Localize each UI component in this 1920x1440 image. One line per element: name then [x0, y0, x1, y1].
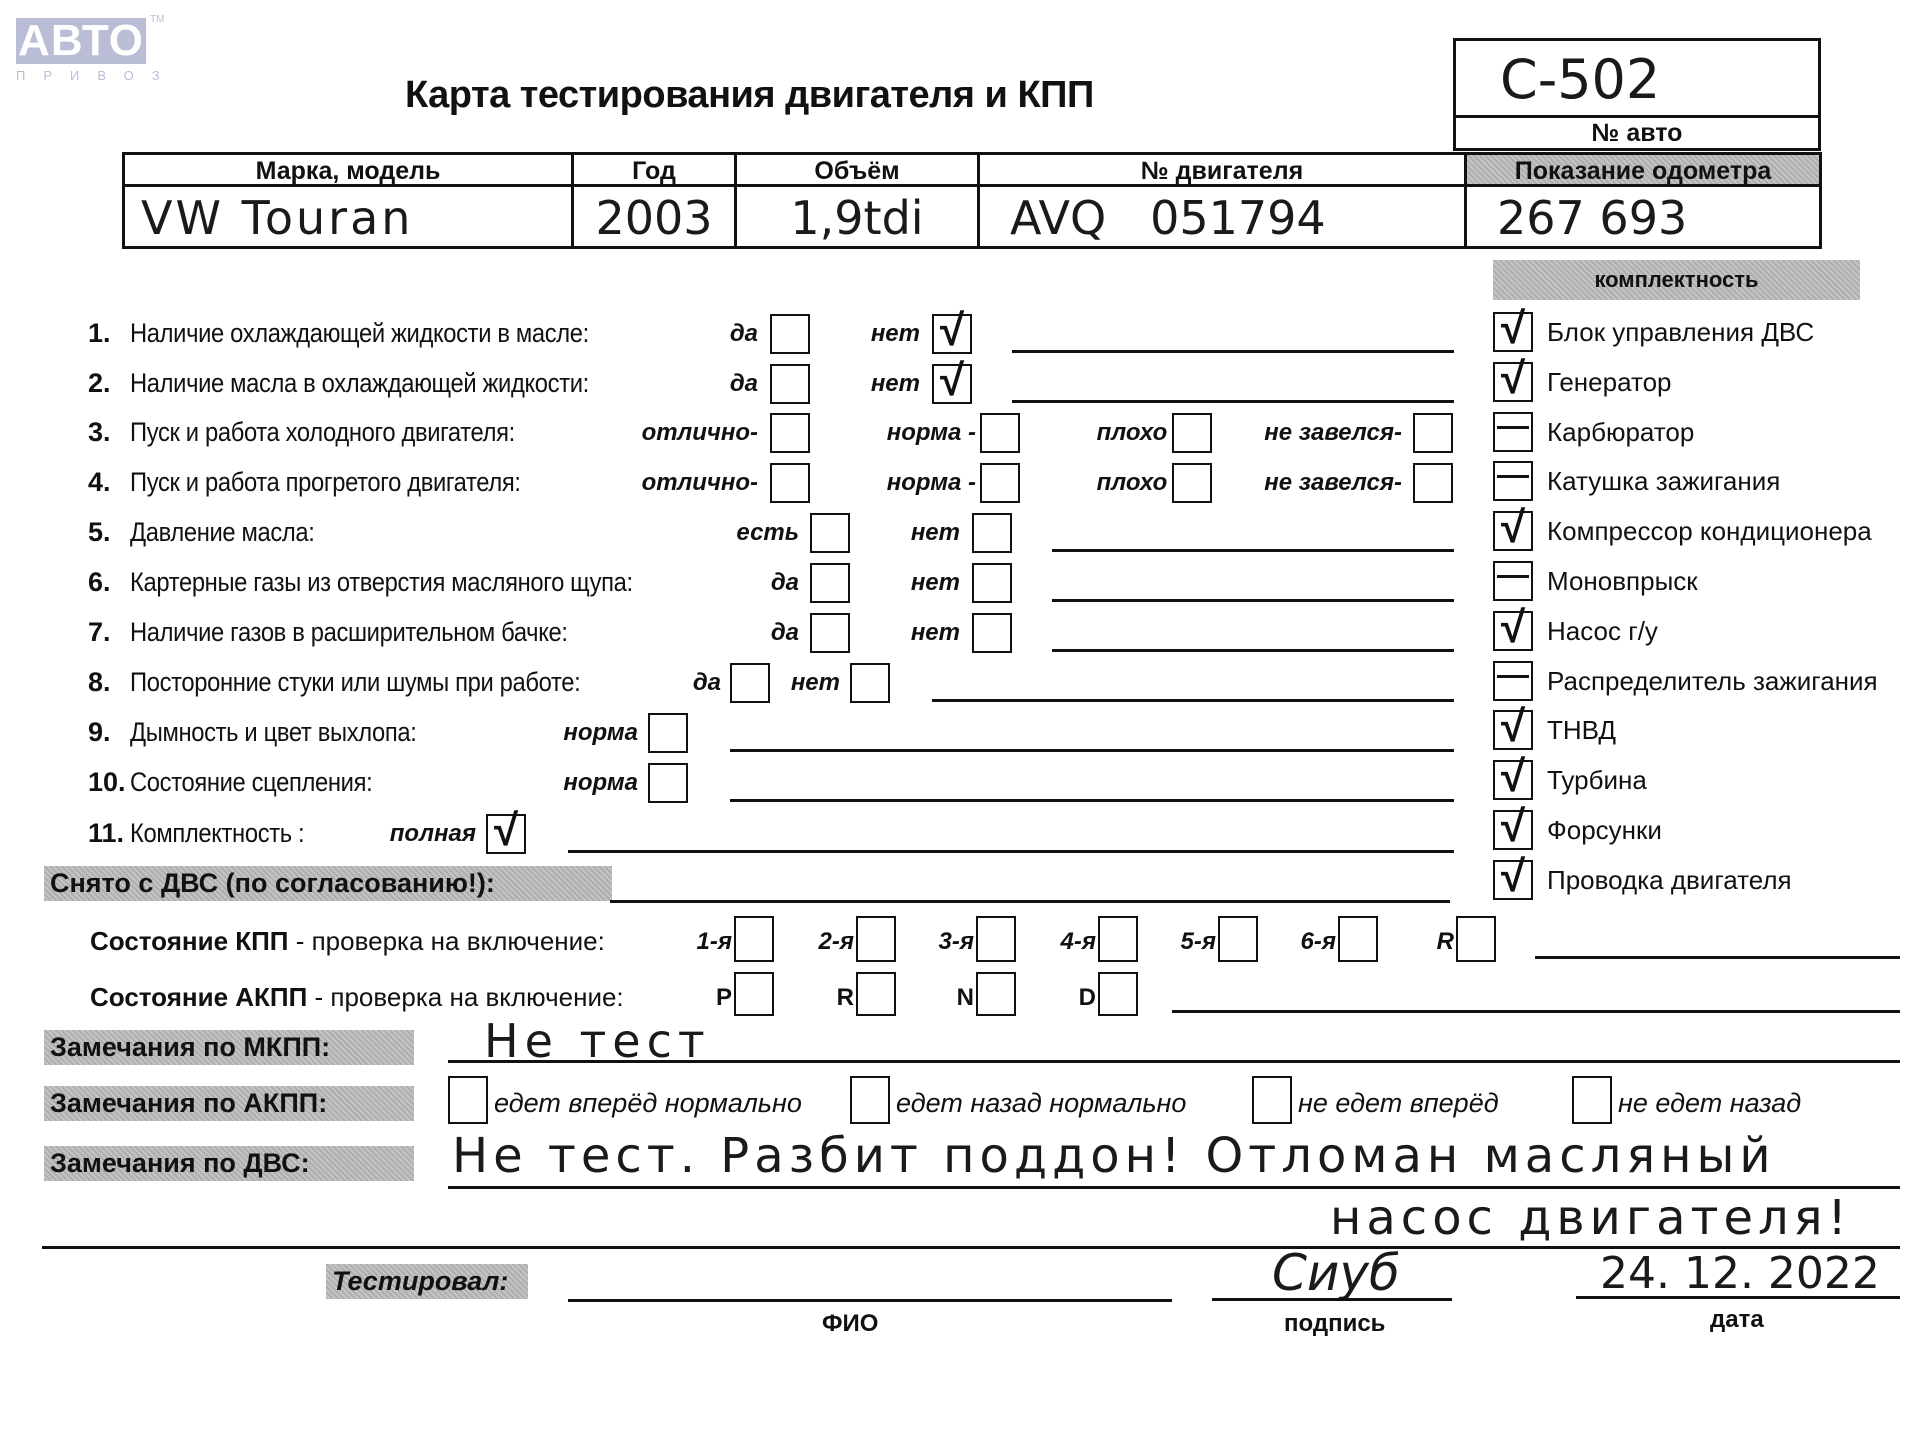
option-checkbox[interactable] [972, 513, 1012, 553]
akpp-gear-label: R [837, 984, 854, 1012]
option-checkbox[interactable] [810, 513, 850, 553]
question-text: Давление масла: [130, 517, 315, 548]
option-label: плохо - [1097, 419, 1182, 447]
option-label: отлично- [642, 469, 758, 497]
kpp-gear-label: R [1437, 928, 1454, 956]
option-checkbox[interactable] [730, 663, 770, 703]
remarks-mkpp-line [448, 1060, 1900, 1063]
option-label: норма - [887, 419, 976, 447]
make-model-value[interactable]: VW Touran [125, 187, 571, 245]
kpp-gear-checkbox[interactable] [734, 916, 774, 962]
year-label: Год [574, 155, 734, 187]
odometer-label: Показание одометра [1467, 155, 1819, 187]
completeness-item-label: Насос г/у [1547, 616, 1658, 647]
question-number: 2. [88, 368, 111, 399]
option-label: плохо - [1097, 469, 1182, 497]
option-label: да [730, 320, 758, 348]
question-text: Дымность и цвет выхлопа: [130, 717, 416, 748]
kpp-gear-label: 5-я [1181, 928, 1216, 956]
option-checkbox[interactable] [932, 314, 972, 354]
question-number: 8. [88, 667, 111, 698]
option-label: да [771, 569, 799, 597]
akpp-remark-label: не едет назад [1618, 1088, 1801, 1119]
removed-label: Снято с ДВС (по согласованию!): [44, 866, 612, 901]
question-text: Состояние сцепления: [130, 767, 372, 798]
question-notes-line[interactable] [1052, 549, 1454, 552]
col-volume: Объём 1,9tdi [734, 155, 977, 246]
make-model-label: Марка, модель [125, 155, 571, 187]
completeness-item-label: Распределитель зажигания [1547, 666, 1878, 697]
option-checkbox[interactable] [980, 413, 1020, 453]
question-text: Наличие газов в расширительном бачке: [130, 617, 568, 648]
option-checkbox[interactable] [810, 613, 850, 653]
kpp-gear-checkbox[interactable] [976, 916, 1016, 962]
question-notes-line[interactable] [1012, 350, 1454, 353]
kpp-gear-label: 2-я [819, 928, 854, 956]
question-text: Посторонние стуки или шумы при работе: [130, 667, 580, 698]
akpp-remark-checkbox[interactable] [1252, 1076, 1292, 1124]
option-checkbox[interactable] [972, 563, 1012, 603]
remarks-dvs-line-1 [448, 1186, 1900, 1189]
option-label: да [771, 619, 799, 647]
kpp-gear-label: 3-я [939, 928, 974, 956]
question-text: Наличие масла в охлаждающей жидкости: [130, 368, 589, 399]
remarks-dvs-label: Замечания по ДВС: [44, 1146, 414, 1181]
remarks-mkpp-label: Замечания по МКПП: [44, 1030, 414, 1065]
option-label: есть [736, 519, 799, 547]
year-value[interactable]: 2003 [574, 187, 734, 245]
kpp-line[interactable] [1535, 956, 1900, 959]
car-number-label: № авто [1592, 119, 1683, 147]
completeness-item-label: Турбина [1547, 765, 1647, 796]
option-label: нет [871, 320, 920, 348]
question-number: 7. [88, 617, 111, 648]
completeness-checkbox[interactable] [1493, 860, 1533, 900]
akpp-remark-checkbox[interactable] [1572, 1076, 1612, 1124]
question-notes-line[interactable] [1052, 599, 1454, 602]
remarks-dvs-line1[interactable]: Не тест. Разбит поддон! Отломан масляный [452, 1128, 1776, 1184]
option-label: нет [791, 669, 840, 697]
option-label: норма [563, 719, 638, 747]
question-text: Пуск и работа холодного двигателя: [130, 417, 515, 448]
date-value[interactable]: 24. 12. 2022 [1600, 1248, 1880, 1299]
engine-number-label: № двигателя [980, 155, 1464, 187]
vehicle-info-table: Марка, модель VW Touran Год 2003 Объём 1… [122, 152, 1822, 249]
option-label: да [693, 669, 721, 697]
option-checkbox[interactable] [770, 314, 810, 354]
question-number: 11. [88, 818, 124, 849]
question-notes-line[interactable] [1012, 400, 1454, 403]
akpp-row-label: Состояние АКПП - проверка на включение: [90, 982, 624, 1013]
kpp-gear-checkbox[interactable] [1456, 916, 1496, 962]
option-label: нет [911, 569, 960, 597]
kpp-gear-checkbox[interactable] [1338, 916, 1378, 962]
col-odometer: Показание одометра 267 693 [1464, 155, 1819, 246]
akpp-remark-label: едет назад нормально [896, 1088, 1186, 1119]
akpp-gear-checkbox[interactable] [856, 972, 896, 1016]
completeness-checkbox[interactable] [1493, 362, 1533, 402]
completeness-header-text: комплектность [1594, 267, 1758, 292]
option-checkbox[interactable] [770, 463, 810, 503]
completeness-checkbox[interactable] [1493, 611, 1533, 651]
option-label: нет [911, 619, 960, 647]
col-make-model: Марка, модель VW Touran [125, 155, 571, 246]
completeness-checkbox[interactable] [1493, 760, 1533, 800]
completeness-item-label: Генератор [1547, 367, 1672, 398]
odometer-value[interactable]: 267 693 [1467, 187, 1819, 245]
completeness-item-label: Проводка двигателя [1547, 865, 1792, 896]
kpp-gear-label: 1-я [697, 928, 732, 956]
completeness-checkbox[interactable] [1493, 810, 1533, 850]
page-title: Карта тестирования двигателя и КПП [405, 74, 1094, 117]
option-label: не завелся- [1264, 469, 1402, 497]
signature-line [1212, 1298, 1452, 1301]
question-number: 5. [88, 517, 111, 548]
option-checkbox[interactable] [850, 663, 890, 703]
volume-label: Объём [737, 155, 977, 187]
akpp-gear-checkbox[interactable] [734, 972, 774, 1016]
tested-by-label: Тестировал: [326, 1264, 528, 1299]
option-checkbox[interactable] [810, 563, 850, 603]
option-checkbox[interactable] [486, 814, 526, 854]
question-text: Пуск и работа прогретого двигателя: [130, 467, 521, 498]
option-checkbox[interactable] [1172, 463, 1212, 503]
option-checkbox[interactable] [1413, 413, 1453, 453]
akpp-gear-checkbox[interactable] [976, 972, 1016, 1016]
completeness-checkbox[interactable] [1493, 461, 1533, 501]
completeness-item-label: Компрессор кондиционера [1547, 516, 1872, 547]
kpp-label-bold: Состояние КПП [90, 926, 289, 956]
completeness-item-label: Моновпрыск [1547, 566, 1698, 597]
completeness-checkbox[interactable] [1493, 710, 1533, 750]
kpp-gear-label: 4-я [1061, 928, 1096, 956]
option-checkbox[interactable] [972, 613, 1012, 653]
remarks-dvs-line2[interactable]: насос двигателя! [1330, 1190, 1852, 1246]
completeness-item-label: Форсунки [1547, 815, 1662, 846]
option-label: нет [871, 370, 920, 398]
akpp-line[interactable] [1172, 1010, 1900, 1013]
col-year: Год 2003 [571, 155, 734, 246]
question-number: 3. [88, 417, 111, 448]
option-label: полная [390, 820, 476, 848]
option-label: норма [563, 769, 638, 797]
option-label: отлично- [642, 419, 758, 447]
akpp-gear-label: D [1079, 984, 1096, 1012]
completeness-header: комплектность [1493, 260, 1860, 300]
question-number: 6. [88, 567, 111, 598]
logo-subtitle: ПРИВОЗ [16, 68, 178, 83]
question-number: 4. [88, 467, 111, 498]
option-checkbox[interactable] [648, 763, 688, 803]
question-notes-line[interactable] [730, 749, 1454, 752]
akpp-remark-checkbox[interactable] [448, 1076, 488, 1124]
option-checkbox[interactable] [932, 364, 972, 404]
akpp-remark-checkbox[interactable] [850, 1076, 890, 1124]
completeness-checkbox[interactable] [1493, 561, 1533, 601]
kpp-gear-checkbox[interactable] [856, 916, 896, 962]
kpp-gear-label: 6-я [1301, 928, 1336, 956]
option-checkbox[interactable] [980, 463, 1020, 503]
volume-value[interactable]: 1,9tdi [737, 187, 977, 245]
option-checkbox[interactable] [1413, 463, 1453, 503]
akpp-label-rest: - проверка на включение: [307, 982, 623, 1012]
kpp-row-label: Состояние КПП - проверка на включение: [90, 926, 605, 957]
signature-value[interactable]: Сиуб [1272, 1244, 1400, 1302]
completeness-item-label: Карбюратор [1547, 417, 1694, 448]
akpp-gear-label: N [957, 984, 974, 1012]
option-checkbox[interactable] [770, 413, 810, 453]
option-label: не завелся- [1264, 419, 1402, 447]
car-number-value[interactable]: C-502 [1456, 41, 1818, 119]
question-number: 10. [88, 767, 126, 798]
date-label: дата [1710, 1306, 1764, 1334]
akpp-remark-label: едет вперёд нормально [494, 1088, 802, 1119]
option-checkbox[interactable] [770, 364, 810, 404]
question-notes-line[interactable] [568, 850, 1454, 853]
fio-line[interactable] [568, 1299, 1172, 1302]
completeness-item-label: ТНВД [1547, 715, 1616, 746]
engine-number-value[interactable]: AVQ 051794 [980, 187, 1464, 245]
completeness-item-label: Катушка зажигания [1547, 466, 1780, 497]
option-label: нет [911, 519, 960, 547]
question-notes-line[interactable] [1052, 649, 1454, 652]
removed-line[interactable] [610, 900, 1450, 903]
remarks-akpp-label: Замечания по АКПП: [44, 1086, 414, 1121]
option-checkbox[interactable] [1172, 413, 1212, 453]
logo: АВТО [16, 18, 146, 64]
akpp-gear-checkbox[interactable] [1098, 972, 1138, 1016]
question-text: Картерные газы из отверстия масляного щу… [130, 567, 633, 598]
logo-trademark: TM [150, 14, 164, 25]
akpp-gear-label: P [716, 984, 732, 1012]
question-notes-line[interactable] [730, 799, 1454, 802]
kpp-label-rest: - проверка на включение: [289, 926, 605, 956]
signature-label: подпись [1284, 1310, 1385, 1338]
completeness-checkbox[interactable] [1493, 312, 1533, 352]
completeness-checkbox[interactable] [1493, 511, 1533, 551]
fio-label: ФИО [822, 1310, 878, 1338]
kpp-gear-checkbox[interactable] [1098, 916, 1138, 962]
akpp-remark-label: не едет вперёд [1298, 1088, 1499, 1119]
completeness-checkbox[interactable] [1493, 412, 1533, 452]
question-notes-line[interactable] [932, 699, 1454, 702]
kpp-gear-checkbox[interactable] [1218, 916, 1258, 962]
date-line [1576, 1296, 1900, 1299]
completeness-checkbox[interactable] [1493, 661, 1533, 701]
akpp-label-bold: Состояние АКПП [90, 982, 307, 1012]
option-checkbox[interactable] [648, 713, 688, 753]
col-engine-number: № двигателя AVQ 051794 [977, 155, 1464, 246]
car-number-box: C-502 [1453, 38, 1821, 118]
completeness-item-label: Блок управления ДВС [1547, 317, 1814, 348]
question-text: Комплектность : [130, 818, 304, 849]
question-number: 9. [88, 717, 111, 748]
car-number-label-cell: № авто [1453, 115, 1821, 151]
option-label: да [730, 370, 758, 398]
question-text: Наличие охлаждающей жидкости в масле: [130, 318, 589, 349]
option-label: норма - [887, 469, 976, 497]
question-number: 1. [88, 318, 111, 349]
